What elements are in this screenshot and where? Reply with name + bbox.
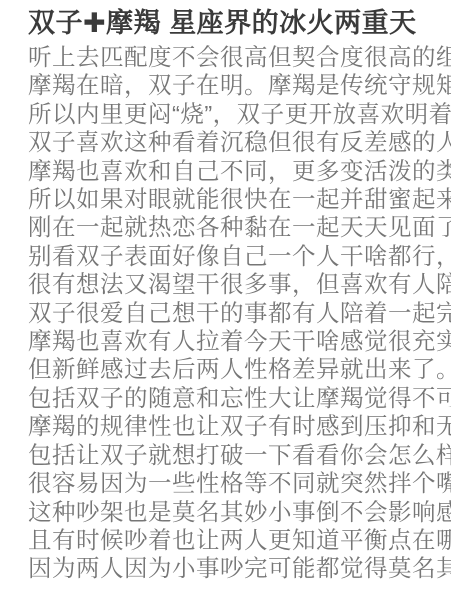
- body-line: 包括双子的随意和忘性大让摩羯觉得不可靠: [28, 384, 441, 412]
- body-line: 摩羯也喜欢有人拉着今天干啥感觉很充实。: [28, 327, 441, 355]
- body-line: 很有想法又渴望干很多事，但喜欢有人陪着: [28, 270, 441, 298]
- article: 双子✚摩羯 星座界的冰火两重天 听上去匹配度不会很高但契合度很高的组合 摩羯在暗…: [0, 0, 451, 583]
- page-root: 双子✚摩羯 星座界的冰火两重天 听上去匹配度不会很高但契合度很高的组合 摩羯在暗…: [0, 0, 451, 600]
- body-line: 摩羯的规律性也让双子有时感到压抑和无聊: [28, 412, 441, 440]
- body-line: 摩羯也喜欢和自己不同，更多变活泼的类型: [28, 157, 441, 185]
- body-line: 双子很爱自己想干的事都有人陪着一起完成: [28, 299, 441, 327]
- body-line: 且有时候吵着也让两人更知道平衡点在哪，: [28, 526, 441, 554]
- article-title: 双子✚摩羯 星座界的冰火两重天: [28, 7, 441, 40]
- body-line: 刚在一起就热恋各种黏在一起天天见面了，: [28, 213, 441, 241]
- article-body: 听上去匹配度不会很高但契合度很高的组合 摩羯在暗，双子在明。摩羯是传统守规矩者 …: [28, 43, 441, 583]
- body-line: 但新鲜感过去后两人性格差异就出来了。: [28, 355, 441, 383]
- body-line: 这种吵架也是莫名其妙小事倒不会影响感情: [28, 498, 441, 526]
- body-line: 包括让双子就想打破一下看看你会怎么样，: [28, 441, 441, 469]
- body-line: 摩羯在暗，双子在明。摩羯是传统守规矩者: [28, 71, 441, 99]
- body-line: 很容易因为一些性格等不同就突然拌个嘴。: [28, 469, 441, 497]
- body-line: 所以如果对眼就能很快在一起并甜蜜起来。: [28, 185, 441, 213]
- body-line: 双子喜欢这种看着沉稳但很有反差感的人，: [28, 128, 441, 156]
- body-line: 听上去匹配度不会很高但契合度很高的组合: [28, 43, 441, 71]
- body-line: 因为两人因为小事吵完可能都觉得莫名其妙: [28, 554, 441, 582]
- body-line: 别看双子表面好像自己一个人干啥都行，: [28, 242, 441, 270]
- body-line: 所以内里更闷“烧”，双子更开放喜欢明着来: [28, 100, 441, 128]
